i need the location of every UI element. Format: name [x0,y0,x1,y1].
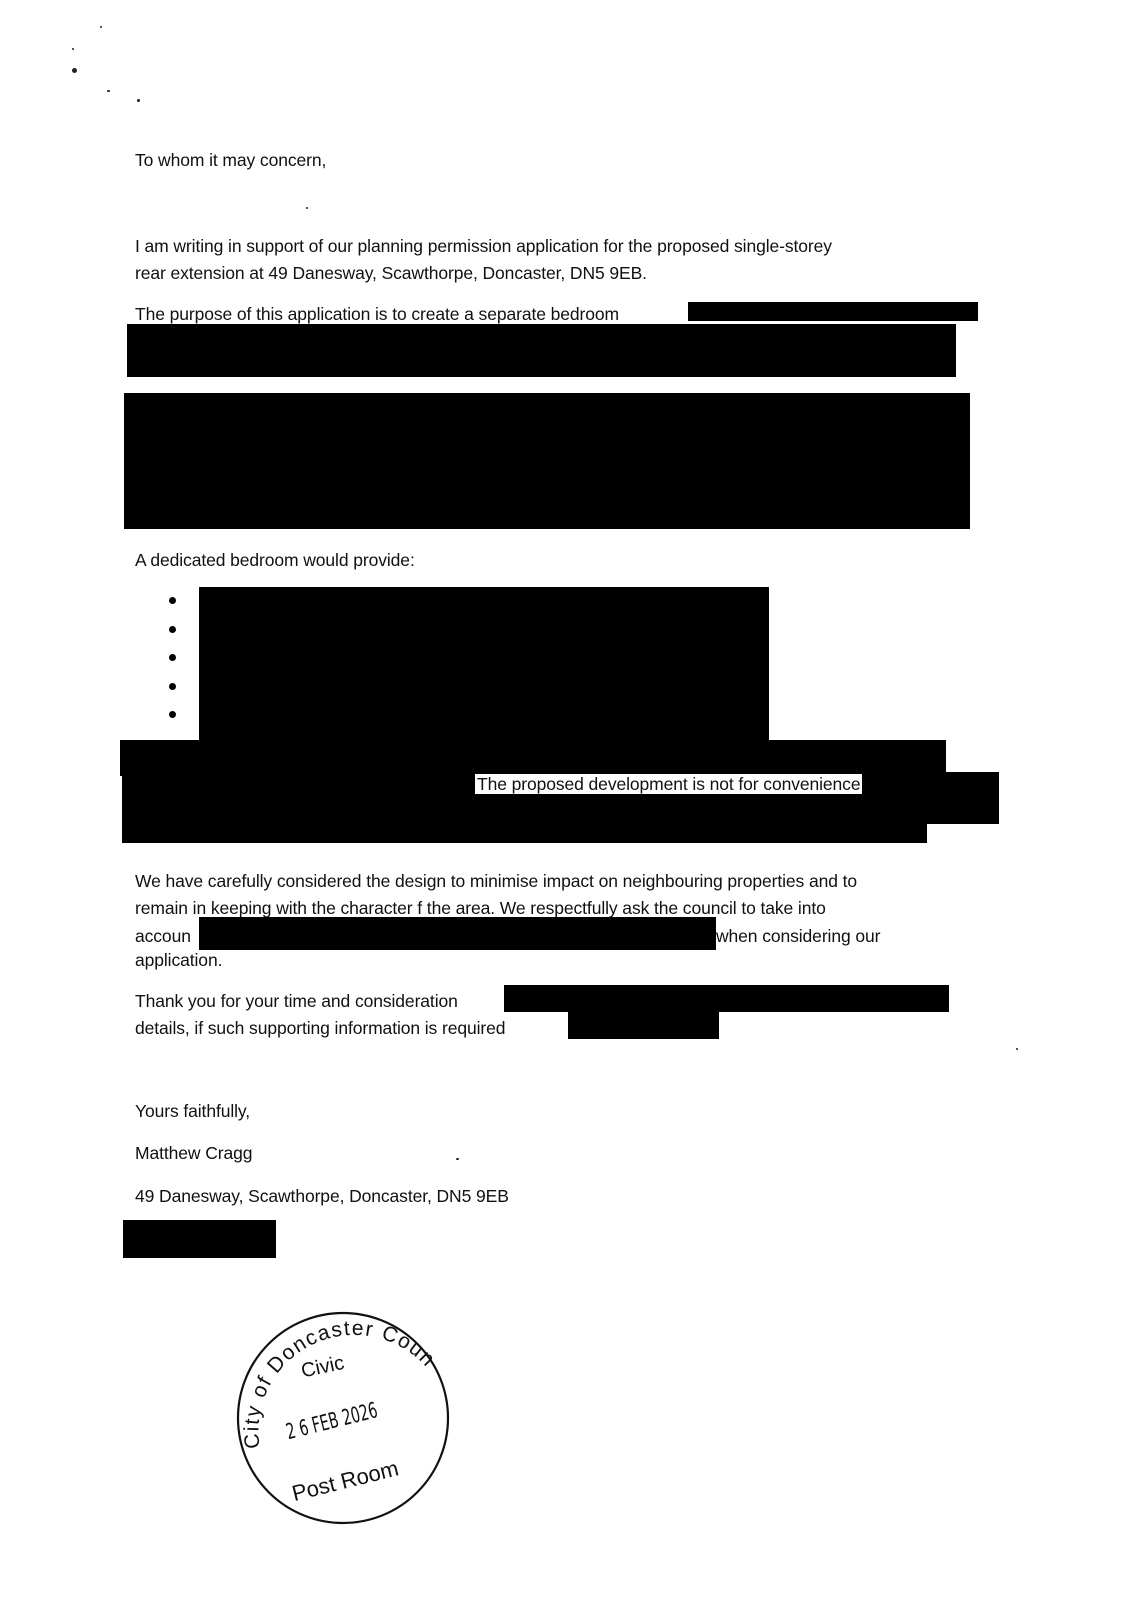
scan-speck [72,68,77,73]
redaction-block [124,393,970,529]
scan-speck [137,99,140,102]
paragraph-4-line-2: details, if such supporting information … [135,1018,505,1038]
scan-speck [456,1158,459,1160]
redaction-block [122,820,927,843]
redaction-block [199,917,716,950]
stamp-office: Civic [299,1352,346,1383]
list-intro: A dedicated bedroom would provide: [135,550,415,570]
stamp-graphic: City of Doncaster Council Civic 2 6 FEB … [222,1298,462,1538]
redaction-block [199,587,769,747]
bullet-marker [169,654,176,661]
paragraph-3-line-3-end: when considering our [716,926,880,946]
bullet-marker [169,626,176,633]
received-stamp: City of Doncaster Council Civic 2 6 FEB … [222,1298,462,1538]
paragraph-3-line-3-start: accoun [135,926,191,946]
closing: Yours faithfully, [135,1101,250,1121]
scan-speck [1016,1048,1018,1050]
paragraph-1-line-2: rear extension at 49 Danesway, Scawthorp… [135,263,647,283]
paragraph-4-line-1: Thank you for your time and consideratio… [135,991,458,1011]
scan-speck [72,48,74,50]
redaction-block [127,324,956,377]
scan-speck [107,90,110,92]
visible-fragment: The proposed development is not for conv… [475,774,862,794]
bullet-marker [169,597,176,604]
redaction-block [123,1220,276,1258]
redaction-block [568,1012,719,1039]
redaction-block [120,740,946,776]
signatory-name: Matthew Cragg [135,1143,252,1163]
bullet-marker [169,683,176,690]
stamp-department: Post Room [289,1455,401,1506]
scan-speck [100,26,102,28]
signatory-address: 49 Danesway, Scawthorpe, Doncaster, DN5 … [135,1186,509,1206]
paragraph-2-start: The purpose of this application is to cr… [135,304,619,324]
salutation: To whom it may concern, [135,150,326,170]
bullet-marker [169,711,176,718]
redaction-block [688,302,978,321]
scan-speck [306,207,308,209]
stamp-date: 2 6 FEB 2026 [283,1398,380,1445]
paragraph-3-line-2: remain in keeping with the character f t… [135,898,826,918]
paragraph-3-line-1: We have carefully considered the design … [135,871,857,891]
paragraph-1-line-1: I am writing in support of our planning … [135,236,832,256]
paragraph-3-line-4: application. [135,950,222,970]
redaction-block [504,985,949,1012]
